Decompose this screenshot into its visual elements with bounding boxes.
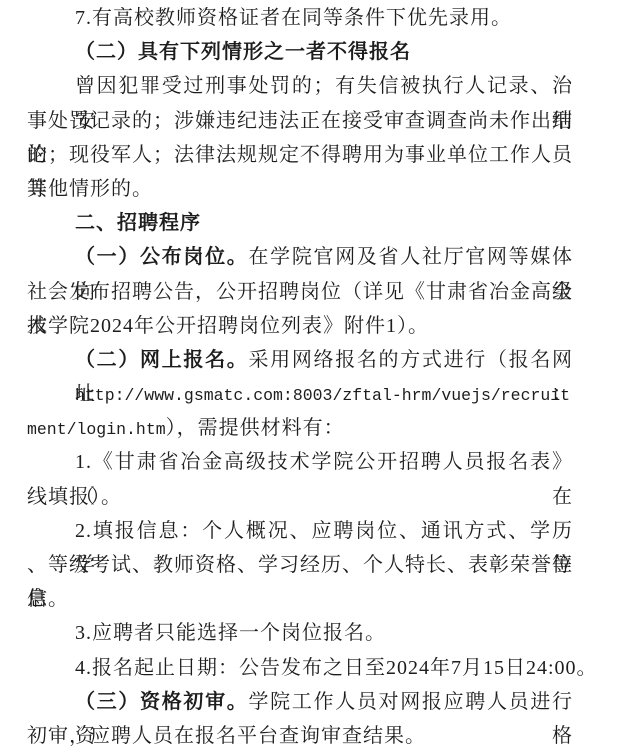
text-line: 曾因犯罪受过刑事处罚的；有失信被执行人记录、治安刑 bbox=[27, 69, 573, 103]
text-line: ment/login.htm），需提供材料有： bbox=[27, 411, 573, 445]
text-line: 2.填报信息：个人概况、应聘岗位、通讯方式、学历学位 bbox=[27, 514, 573, 548]
text-line: 其他情形的。 bbox=[27, 172, 573, 206]
text-line: 术学院2024年公开招聘岗位列表》附件1）。 bbox=[27, 309, 573, 343]
bold-heading-text: （二）网上报名。 bbox=[75, 349, 248, 371]
body-text: 4.报名起止日期：公告发布之日至2024年7月15日24:00。 bbox=[75, 657, 598, 679]
text-line: 、等级考试、教师资格、学习经历、个人特长、表彰荣誉等信 bbox=[27, 548, 573, 582]
url-text: http://www.gsmatc.com:8003/zftal-hrm/vue… bbox=[75, 386, 570, 405]
text-line: 4.报名起止日期：公告发布之日至2024年7月15日24:00。 bbox=[27, 651, 573, 685]
body-text: 线填报）。 bbox=[27, 486, 122, 508]
text-line: 社会发布招聘公告，公开招聘岗位（详见《甘肃省冶金高级技 bbox=[27, 275, 573, 309]
text-line: 7.有高校教师资格证者在同等条件下优先录用。 bbox=[27, 1, 573, 35]
bold-heading-text: 二、招聘程序 bbox=[75, 212, 201, 234]
text-line: （三）资格初审。学院工作人员对网报应聘人员进行资格 bbox=[27, 685, 573, 719]
text-line: （二）网上报名。采用网络报名的方式进行（报名网址： bbox=[27, 343, 573, 377]
text-line: 二、招聘程序 bbox=[27, 206, 573, 240]
text-line: （二）具有下列情形之一者不得报名 bbox=[27, 35, 573, 69]
document-body: 7.有高校教师资格证者在同等条件下优先录用。（二）具有下列情形之一者不得报名曾因… bbox=[27, 1, 573, 753]
body-text: 术学院2024年公开招聘岗位列表》附件1）。 bbox=[27, 315, 429, 337]
document-page: 7.有高校教师资格证者在同等条件下优先录用。（二）具有下列情形之一者不得报名曾因… bbox=[0, 0, 618, 756]
text-line: 息。 bbox=[27, 582, 573, 616]
url-text: ment/login.htm bbox=[27, 420, 166, 439]
body-text: 其他情形的。 bbox=[27, 178, 153, 200]
bold-heading-text: （一）公布岗位。 bbox=[75, 246, 248, 268]
body-text: ），需提供材料有： bbox=[166, 417, 345, 439]
text-line: 3.应聘者只能选择一个岗位报名。 bbox=[27, 616, 573, 650]
body-text: 1.《甘肃省冶金高级技术学院公开招聘人员报名表》（在 bbox=[75, 451, 573, 507]
text-line: http://www.gsmatc.com:8003/zftal-hrm/vue… bbox=[27, 377, 573, 411]
text-line: （一）公布岗位。在学院官网及省人社厅官网等媒体向全 bbox=[27, 240, 573, 274]
text-line: 事处罚记录的；涉嫌违纪违法正在接受审查调查尚未作出结论 bbox=[27, 104, 573, 138]
body-text: 息。 bbox=[27, 588, 69, 610]
body-text: 7.有高校教师资格证者在同等条件下优先录用。 bbox=[75, 7, 512, 29]
text-line: 的；现役军人；法律法规规定不得聘用为事业单位工作人员等 bbox=[27, 138, 573, 172]
body-text: 初审，应聘人员在报名平台查询审查结果。 bbox=[27, 725, 426, 747]
bold-heading-text: （二）具有下列情形之一者不得报名 bbox=[75, 41, 411, 63]
text-line: 1.《甘肃省冶金高级技术学院公开招聘人员报名表》（在 bbox=[27, 445, 573, 479]
bold-heading-text: （三）资格初审。 bbox=[75, 691, 248, 713]
body-text: 3.应聘者只能选择一个岗位报名。 bbox=[75, 622, 386, 644]
